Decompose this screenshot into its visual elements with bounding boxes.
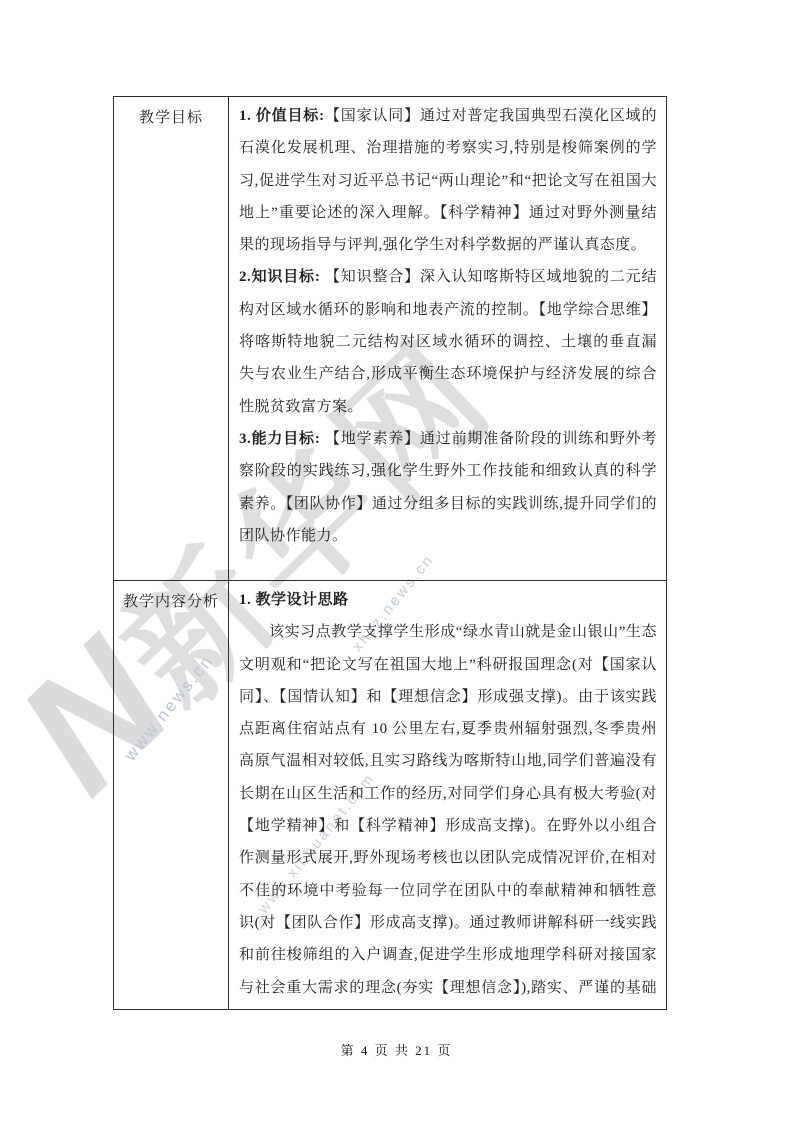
objective-paragraph-ability: 3.能力目标: 【地学素养】通过前期准备阶段的训练和野外考察阶段的实践练习,强化… xyxy=(239,423,657,552)
objective-1-prefix: 1. 价值目标: xyxy=(239,108,325,124)
design-approach-body: 该实习点教学支撑学生形成“绿水青山就是金山银山”生态文明观和“把论文写在祖国大地… xyxy=(239,616,657,1009)
objective-3-prefix: 3.能力目标: xyxy=(239,431,320,447)
document-page: N新华网 www.news.cn xhsz.news.cn www.xinhua… xyxy=(0,0,793,1122)
page-number-footer: 第 4 页 共 21 页 xyxy=(0,1040,793,1059)
row-label-content-analysis: 教学内容分析 xyxy=(114,581,229,1009)
lesson-plan-table: 教学目标 1. 价值目标:【国家认同】通过对普定我国典型石漠化区域的石漠化发展机… xyxy=(113,96,667,1010)
table-row-teaching-objectives: 教学目标 1. 价值目标:【国家认同】通过对普定我国典型石漠化区域的石漠化发展机… xyxy=(114,97,666,580)
row-label-teaching-objectives: 教学目标 xyxy=(114,97,229,580)
table-row-content-analysis: 教学内容分析 1. 教学设计思路 该实习点教学支撑学生形成“绿水青山就是金山银山… xyxy=(114,580,666,1009)
objective-2-prefix: 2.知识目标: xyxy=(239,269,320,285)
objective-paragraph-value: 1. 价值目标:【国家认同】通过对普定我国典型石漠化区域的石漠化发展机理、治理措… xyxy=(239,100,657,261)
teaching-objectives-content: 1. 价值目标:【国家认同】通过对普定我国典型石漠化区域的石漠化发展机理、治理措… xyxy=(229,97,666,580)
objective-1-text: 【国家认同】通过对普定我国典型石漠化区域的石漠化发展机理、治理措施的考察实习,特… xyxy=(239,108,657,253)
design-approach-heading: 1. 教学设计思路 xyxy=(239,584,657,616)
objective-2-text: 【知识整合】深入认知喀斯特区域地貌的二元结构对区域水循环的影响和地表产流的控制。… xyxy=(239,269,657,414)
objective-3-text: 【地学素养】通过前期准备阶段的训练和野外考察阶段的实践练习,强化学生野外工作技能… xyxy=(239,431,657,544)
content-analysis-content: 1. 教学设计思路 该实习点教学支撑学生形成“绿水青山就是金山银山”生态文明观和… xyxy=(229,581,666,1009)
objective-paragraph-knowledge: 2.知识目标: 【知识整合】深入认知喀斯特区域地貌的二元结构对区域水循环的影响和… xyxy=(239,261,657,422)
